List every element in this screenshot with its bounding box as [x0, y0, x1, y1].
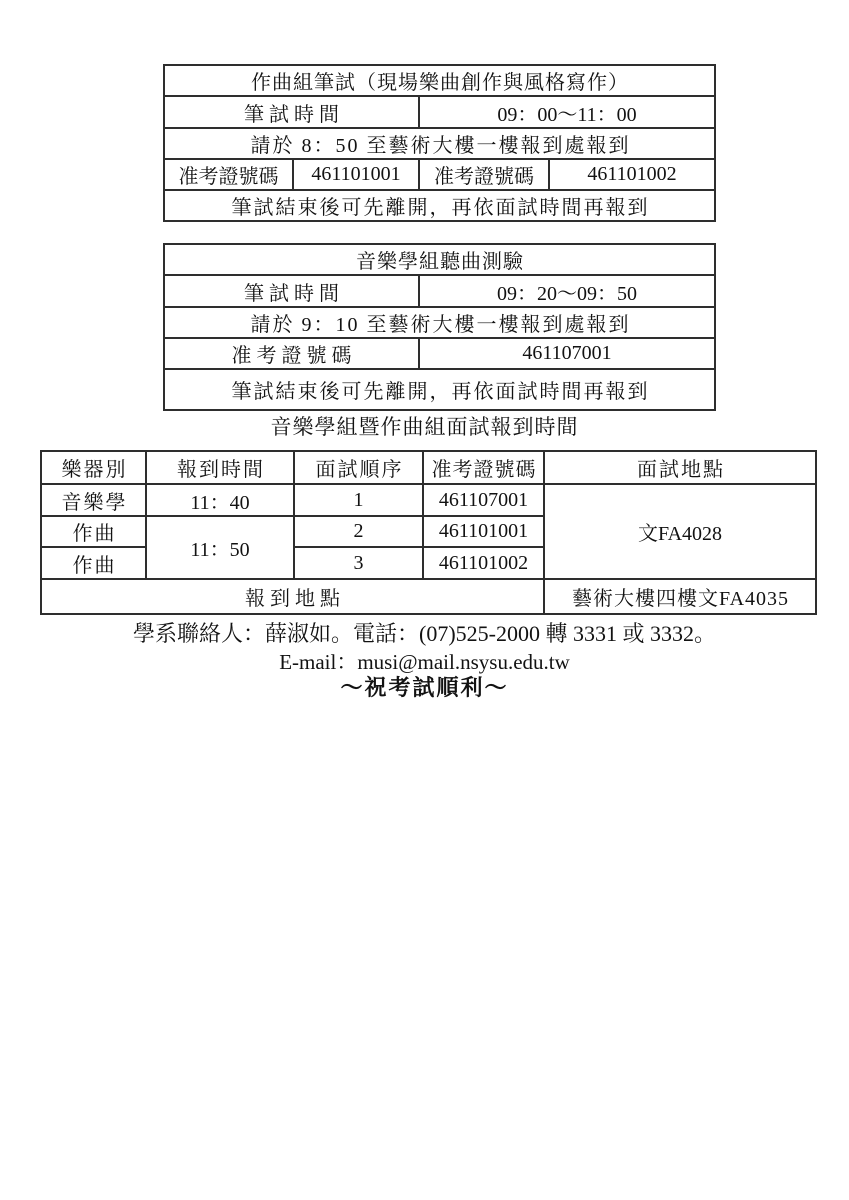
checkin-time-cell: 11：40: [146, 484, 294, 516]
dismissal-note: 筆試結束後可先離開，再依面試時間再報到: [164, 190, 715, 221]
table-row: 准考證號碼 461101001 准考證號碼 461101002: [164, 159, 715, 190]
table-header-row: 樂器別 報到時間 面試順序 准考證號碼 面試地點: [41, 451, 816, 484]
order-cell: 2: [294, 516, 423, 547]
table-row: 筆試結束後可先離開，再依面試時間再報到: [164, 190, 715, 221]
admission-number: 461101001: [293, 159, 419, 190]
checkin-place-label: 報到地點: [41, 579, 544, 614]
table1-title: 作曲組筆試（現場樂曲創作與風格寫作）: [164, 65, 715, 96]
table-row: 作曲組筆試（現場樂曲創作與風格寫作）: [164, 65, 715, 96]
admission-number: 461101002: [549, 159, 715, 190]
blessing-line: ～祝考試順利～: [0, 671, 849, 702]
admission-label: 准考證號碼: [419, 159, 549, 190]
order-cell: 1: [294, 484, 423, 516]
exam-time-value: 09：00～11：00: [419, 96, 715, 128]
header-instrument: 樂器別: [41, 451, 146, 484]
interview-location-cell: 文FA4028: [544, 484, 816, 579]
dismissal-note: 筆試結束後可先離開，再依面試時間再報到: [164, 369, 715, 410]
admission-number: 461107001: [419, 338, 715, 369]
musicology-listening-test-table: 音樂學組聽曲測驗 筆試時間 09：20～09：50 請於 9：10 至藝術大樓一…: [163, 243, 716, 411]
table-row: 請於 8：50 至藝術大樓一樓報到處報到: [164, 128, 715, 159]
instrument-cell: 作曲: [41, 547, 146, 579]
checkin-place-value: 藝術大樓四樓文FA4035: [544, 579, 816, 614]
header-interview-order: 面試順序: [294, 451, 423, 484]
admission-number-cell: 461107001: [423, 484, 544, 516]
checkin-time-cell: 11：50: [146, 516, 294, 579]
admission-label: 准考證號碼: [164, 159, 293, 190]
document-page: 作曲組筆試（現場樂曲創作與風格寫作） 筆試時間 09：00～11：00 請於 8…: [0, 0, 849, 1200]
table-row: 請於 9：10 至藝術大樓一樓報到處報到: [164, 307, 715, 338]
header-checkin-time: 報到時間: [146, 451, 294, 484]
checkin-note: 請於 9：10 至藝術大樓一樓報到處報到: [164, 307, 715, 338]
contact-info-line: 學系聯絡人：薛淑如。電話：(07)525-2000 轉 3331 或 3332。: [0, 617, 849, 648]
exam-time-label: 筆試時間: [164, 275, 419, 307]
table-row: 筆試結束後可先離開，再依面試時間再報到: [164, 369, 715, 410]
header-admission-number: 准考證號碼: [423, 451, 544, 484]
exam-time-value: 09：20～09：50: [419, 275, 715, 307]
table-row: 准考證號碼 461107001: [164, 338, 715, 369]
table-row: 音樂學組聽曲測驗: [164, 244, 715, 275]
table-row: 筆試時間 09：20～09：50: [164, 275, 715, 307]
interview-schedule-table: 樂器別 報到時間 面試順序 准考證號碼 面試地點 音樂學 11：40 1 461…: [40, 450, 817, 615]
table-row: 筆試時間 09：00～11：00: [164, 96, 715, 128]
table-row: 音樂學 11：40 1 461107001 文FA4028: [41, 484, 816, 516]
exam-time-label: 筆試時間: [164, 96, 419, 128]
order-cell: 3: [294, 547, 423, 579]
table-row: 報到地點 藝術大樓四樓文FA4035: [41, 579, 816, 614]
instrument-cell: 音樂學: [41, 484, 146, 516]
admission-number-cell: 461101001: [423, 516, 544, 547]
interview-schedule-title: 音樂學組暨作曲組面試報到時間: [0, 411, 849, 441]
checkin-note: 請於 8：50 至藝術大樓一樓報到處報到: [164, 128, 715, 159]
admission-number-cell: 461101002: [423, 547, 544, 579]
header-interview-location: 面試地點: [544, 451, 816, 484]
admission-label: 准考證號碼: [164, 338, 419, 369]
instrument-cell: 作曲: [41, 516, 146, 547]
table2-title: 音樂學組聽曲測驗: [164, 244, 715, 275]
composition-written-exam-table: 作曲組筆試（現場樂曲創作與風格寫作） 筆試時間 09：00～11：00 請於 8…: [163, 64, 716, 222]
